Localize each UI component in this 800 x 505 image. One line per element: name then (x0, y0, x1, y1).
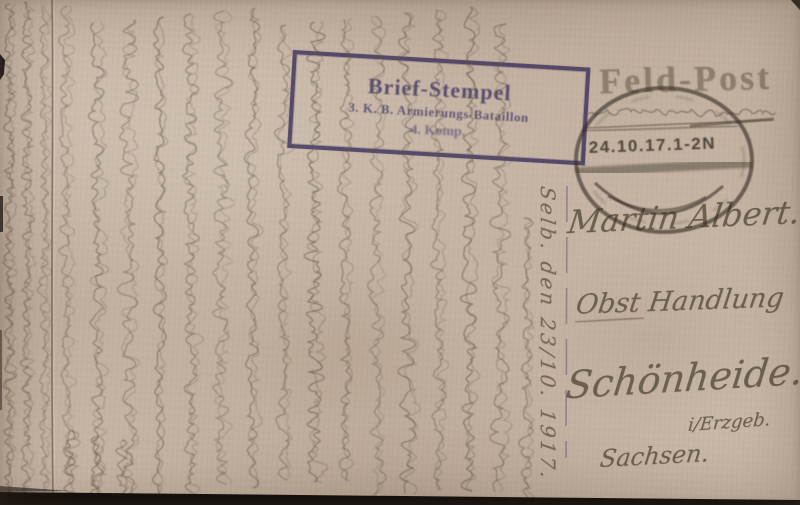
handwriting-column (519, 218, 533, 498)
handwriting-column (213, 11, 232, 484)
handwriting-column (215, 11, 234, 484)
postmark-date: 24.10.17.1-2N (588, 134, 716, 157)
handwriting-column (524, 218, 534, 498)
handwriting-column (20, 2, 34, 504)
handwriting-column (184, 14, 203, 494)
handwriting-column (67, 430, 80, 502)
postmark-bridge-band (576, 163, 752, 172)
brief-stempel-line3: 4. Komp. (410, 122, 465, 140)
handwriting-column (64, 430, 76, 502)
handwriting-column (245, 8, 260, 488)
crease-line (52, 0, 53, 497)
feldpost-printed-header: Feld-Post (598, 56, 772, 103)
postmark-upper-chord (582, 126, 738, 131)
handwriting-column (3, 4, 14, 500)
handwriting-column (89, 436, 101, 499)
handwriting-column (59, 6, 71, 476)
handwriting-column (23, 2, 36, 504)
handwriting-column (155, 17, 168, 498)
handwriting-column (120, 440, 132, 494)
postcard-scan: Feld-Post Brief-Stempel 3. K. B. Armieru… (0, 0, 800, 505)
handwriting-column (121, 20, 140, 500)
brief-stempel-box: Brief-Stempel 3. K. B. Armierungs-Batail… (287, 50, 590, 166)
message-dateline: Selb. den 23/10. 1917. (536, 185, 560, 483)
paper-stain (220, 260, 480, 440)
handwriting-column (95, 436, 106, 499)
address-recipient-name: Martin Albert. (566, 193, 800, 241)
handwriting-column (90, 23, 108, 496)
handwriting-column (6, 4, 17, 500)
address-district: i/Erzgeb. (687, 409, 771, 436)
handwriting-column (153, 17, 166, 498)
handwriting-column (247, 8, 263, 488)
crease-highlight (54, 0, 55, 497)
handwritten-line-above-date (583, 108, 775, 128)
address-business: Obst Handlung (574, 282, 786, 320)
handwriting-column (63, 6, 76, 476)
handwriting-column (38, 6, 49, 492)
handwriting-column (42, 6, 52, 492)
address-town: Schönheide. (564, 349, 800, 408)
handwriting-column (116, 440, 127, 494)
handwriting-column (183, 14, 199, 494)
address-state: Sachsen. (598, 439, 711, 473)
handwriting-column (118, 20, 139, 500)
handwriting-column (275, 25, 290, 480)
handwriting-column (88, 23, 104, 496)
